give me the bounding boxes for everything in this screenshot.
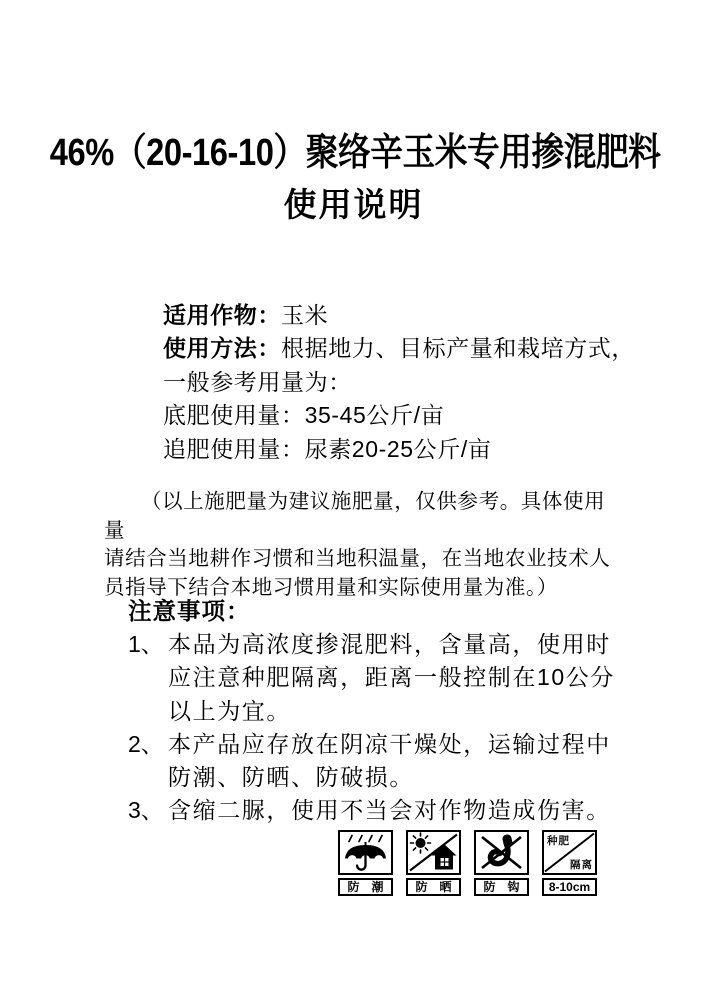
keep-dry-symbol: 防 潮 bbox=[338, 830, 393, 896]
item-number: 1、 bbox=[128, 628, 168, 728]
item-text: 本品为高浓度掺混肥料，含量高，使用时 应注意种肥隔离，距离一般控制在10公分 以… bbox=[168, 628, 615, 728]
usage-section: 适用作物：玉米 使用方法：根据地力、目标产量和栽培方式， 一般参考用量为： 底肥… bbox=[163, 299, 635, 466]
handling-icon-row: 防 潮 bbox=[338, 830, 597, 896]
no-hook-icon bbox=[474, 830, 529, 875]
usage-line-method: 使用方法：根据地力、目标产量和栽培方式， bbox=[163, 332, 635, 365]
item-line: 本品为高浓度掺混肥料，含量高，使用时 bbox=[168, 628, 615, 661]
separation-distance-label: 8-10cm bbox=[542, 878, 597, 896]
fertilizer-instruction-document: 46%（20-16-10）聚络辛玉米专用掺混肥料 使用说明 适用作物：玉米 使用… bbox=[0, 0, 707, 1000]
usage-label: 使用方法： bbox=[163, 335, 281, 361]
item-line: 本产品应存放在阴凉干燥处，运输过程中 bbox=[168, 728, 611, 761]
notice-heading: 注意事项： bbox=[128, 594, 251, 628]
item-line: 应注意种肥隔离，距离一般控制在10公分 bbox=[168, 661, 615, 694]
item-line: 防潮、防晒、防破损。 bbox=[168, 761, 611, 794]
item-line: 以上为宜。 bbox=[168, 695, 615, 728]
notice-item-2: 2、 本产品应存放在阴凉干燥处，运输过程中 防潮、防晒、防破损。 bbox=[128, 728, 615, 795]
item-number: 3、 bbox=[128, 794, 168, 827]
separation-bottom-label: 隔离 bbox=[570, 857, 593, 872]
usage-line-crop: 适用作物：玉米 bbox=[163, 299, 635, 332]
notice-list: 1、 本品为高浓度掺混肥料，含量高，使用时 应注意种肥隔离，距离一般控制在10公… bbox=[128, 628, 615, 828]
document-title-line1: 46%（20-16-10）聚络辛玉米专用掺混肥料 bbox=[0, 131, 707, 175]
no-hook-label: 防 钩 bbox=[474, 878, 529, 896]
document-title-line2: 使用说明 bbox=[0, 185, 707, 225]
advisory-note: （以上施肥量为建议施肥量，仅供参考。具体使用量 请结合当地耕作习惯和当地积温量，… bbox=[104, 488, 624, 602]
usage-line-reference: 一般参考用量为： bbox=[163, 366, 635, 399]
notice-item-3: 3、 含缩二脲，使用不当会对作物造成伤害。 bbox=[128, 794, 615, 827]
usage-value: 根据地力、目标产量和栽培方式， bbox=[281, 335, 635, 361]
notice-item-1: 1、 本品为高浓度掺混肥料，含量高，使用时 应注意种肥隔离，距离一般控制在10公… bbox=[128, 628, 615, 728]
usage-line-base-rate: 底肥使用量：35-45公斤/亩 bbox=[163, 399, 635, 432]
usage-label: 适用作物： bbox=[163, 302, 281, 328]
document-title-text: 46%（20-16-10）聚络辛玉米专用掺混肥料 bbox=[50, 131, 661, 175]
item-line: 含缩二脲，使用不当会对作物造成伤害。 bbox=[168, 794, 611, 827]
usage-value: 玉米 bbox=[281, 302, 328, 328]
item-number: 2、 bbox=[128, 728, 168, 795]
no-hook-symbol: 防 钩 bbox=[474, 830, 529, 896]
advisory-note-line: 请结合当地耕作习惯和当地积温量，在当地农业技术人 bbox=[104, 545, 624, 574]
umbrella-rain-icon bbox=[338, 830, 393, 875]
usage-line-topdress-rate: 追肥使用量：尿素20-25公斤/亩 bbox=[163, 433, 635, 466]
seed-fertilizer-separation-symbol: 种肥 隔离 8-10cm bbox=[542, 830, 597, 896]
keep-dry-label: 防 潮 bbox=[338, 878, 393, 896]
item-text: 含缩二脲，使用不当会对作物造成伤害。 bbox=[168, 794, 611, 827]
advisory-note-line: （以上施肥量为建议施肥量，仅供参考。具体使用量 bbox=[104, 488, 624, 545]
seed-fertilizer-separation-icon: 种肥 隔离 bbox=[542, 830, 597, 875]
sun-house-icon bbox=[406, 830, 461, 875]
sun-protection-symbol: 防 晒 bbox=[406, 830, 461, 896]
item-text: 本产品应存放在阴凉干燥处，运输过程中 防潮、防晒、防破损。 bbox=[168, 728, 611, 795]
sun-protection-label: 防 晒 bbox=[406, 878, 461, 896]
separation-top-label: 种肥 bbox=[547, 833, 570, 848]
